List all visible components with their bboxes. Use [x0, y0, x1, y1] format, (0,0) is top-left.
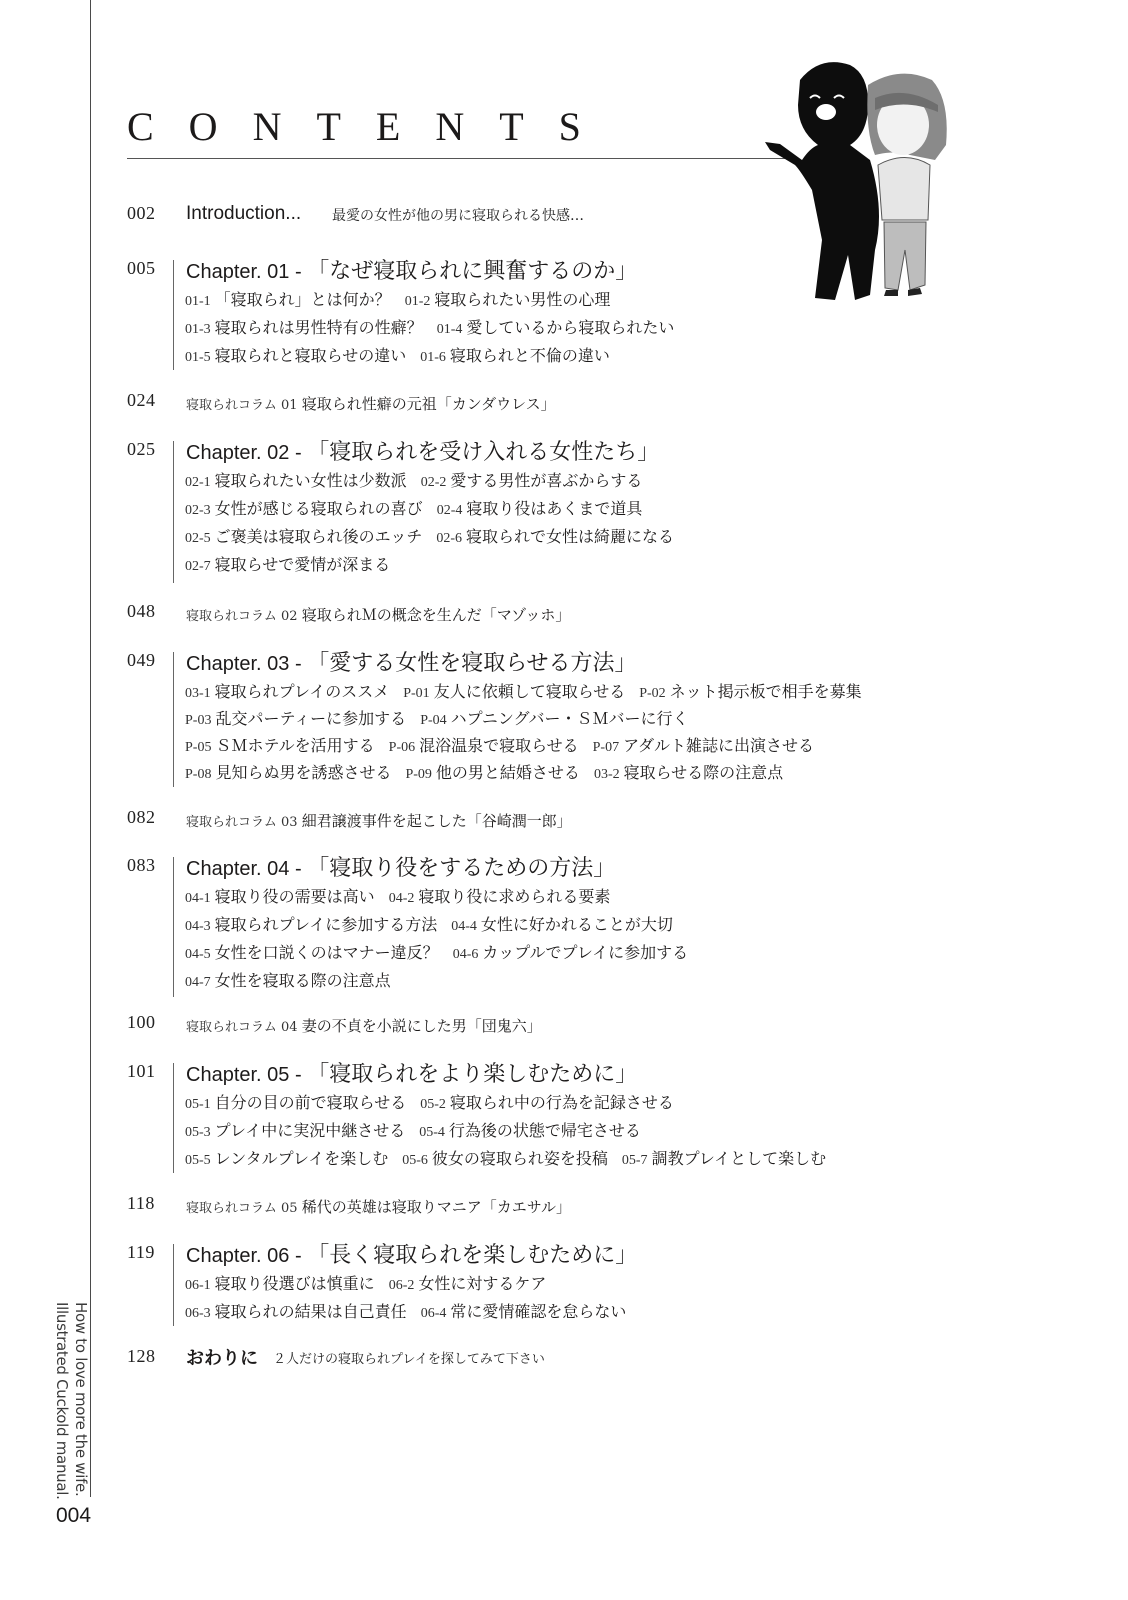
section-item[interactable]: P-02ネット掲示板で相手を募集	[639, 678, 861, 707]
spine-line-2: Illustrated Cuckold manual.	[52, 1302, 71, 1500]
section-item[interactable]: 01-5寝取られと寝取らせの違い	[185, 342, 406, 372]
section-item[interactable]: 05-6彼女の寝取られ姿を投稿	[402, 1145, 608, 1175]
page-ref: 082	[127, 807, 156, 828]
spine-caption: How to love more the wife. Illustrated C…	[50, 1302, 90, 1492]
section-item[interactable]: 05-3プレイ中に実況中継させる	[185, 1117, 405, 1147]
page-number: 004	[56, 1504, 91, 1528]
page-ref: 083	[127, 855, 156, 876]
chapter-bar	[173, 441, 174, 583]
section-item[interactable]: P-06混浴温泉で寝取らせる	[389, 732, 579, 761]
page-ref: 024	[127, 390, 156, 411]
chapter-bar	[173, 652, 174, 787]
section-item[interactable]: 02-3女性が感じる寝取られの喜び	[185, 495, 423, 525]
spine-line-1: How to love more the wife.	[71, 1302, 90, 1500]
page-title: CONTENTS	[127, 103, 616, 150]
page-ref: 100	[127, 1012, 156, 1033]
section-item[interactable]: 02-5ご褒美は寝取られ後のエッチ	[185, 523, 422, 553]
chapter-bar	[173, 260, 174, 370]
intro-label: Introduction...	[186, 203, 301, 225]
page-ref: 119	[127, 1242, 155, 1263]
section-item[interactable]: P-01友人に依頼して寝取らせる	[403, 678, 625, 707]
section-item[interactable]: 05-2寝取られ中の行為を記録させる	[420, 1089, 674, 1119]
section-item[interactable]: 04-5女性を口説くのはマナー違反？	[185, 939, 439, 969]
outro-subtitle: ２人だけの寝取られプレイを探してみて下さい	[273, 1348, 545, 1367]
title-divider	[127, 158, 787, 159]
page-ref: 048	[127, 601, 156, 622]
section-item[interactable]: 05-1自分の目の前で寝取らせる	[185, 1089, 406, 1119]
outro-label: おわりに	[186, 1344, 258, 1370]
chapter-heading: Chapter. 04 - 「寝取り役をするための方法」	[186, 851, 615, 882]
section-item[interactable]: 04-7女性を寝取る際の注意点	[185, 967, 391, 997]
chapter-heading: Chapter. 01 - 「なぜ寝取られに興奮するのか」	[186, 254, 637, 285]
chapter-bar	[173, 1063, 174, 1173]
section-item[interactable]: 01-2寝取られたい男性の心理	[405, 286, 611, 316]
section-item[interactable]: 03-1寝取られプレイのススメ	[185, 678, 389, 707]
page-ref: 025	[127, 439, 156, 460]
section-item[interactable]: 03-2寝取らせる際の注意点	[594, 759, 783, 788]
chapter-heading: Chapter. 05 - 「寝取られをより楽しむために」	[186, 1057, 637, 1088]
section-item[interactable]: 06-3寝取られの結果は自己責任	[185, 1298, 407, 1328]
chapter-heading: Chapter. 03 - 「愛する女性を寝取らせる方法」	[186, 646, 637, 677]
section-item[interactable]: 02-4寝取り役はあくまで道具	[437, 495, 643, 525]
section-item[interactable]: 04-6カップルでプレイに参加する	[453, 939, 688, 969]
section-item[interactable]: 05-7調教プレイとして楽しむ	[622, 1145, 826, 1175]
couple-illustration-icon	[760, 50, 960, 310]
section-item[interactable]: 01-3寝取られは男性特有の性癖？	[185, 314, 423, 344]
section-item[interactable]: 01-6寝取られと不倫の違い	[420, 342, 610, 372]
section-item[interactable]: P-08見知らぬ男を誘惑させる	[185, 759, 391, 788]
chapter-heading: Chapter. 06 - 「長く寝取られを楽しむために」	[186, 1238, 637, 1269]
section-item[interactable]: 06-2女性に対するケア	[389, 1270, 547, 1300]
section-item[interactable]: 05-5レンタルプレイを楽しむ	[185, 1145, 388, 1175]
section-item[interactable]: 02-2愛する男性が喜ぶからする	[421, 467, 643, 497]
section-item[interactable]: 02-1寝取られたい女性は少数派	[185, 467, 407, 497]
section-item[interactable]: P-03乱交パーティーに参加する	[185, 705, 406, 734]
chapter-bar	[173, 1244, 174, 1326]
section-item[interactable]: 01-4愛しているから寝取られたい	[437, 314, 675, 344]
section-item[interactable]: 04-2寝取り役に求められる要素	[389, 883, 611, 913]
section-item[interactable]: 04-4女性に好かれることが大切	[451, 911, 673, 941]
section-item[interactable]: 04-3寝取られプレイに参加する方法	[185, 911, 437, 941]
section-item[interactable]: 06-4常に愛情確認を怠らない	[421, 1298, 627, 1328]
page-ref: 002	[127, 203, 156, 224]
section-item[interactable]: 02-6寝取られで女性は綺麗になる	[436, 523, 674, 553]
page-ref: 005	[127, 258, 156, 279]
page-ref: 118	[127, 1193, 155, 1214]
section-item[interactable]: P-07アダルト雑誌に出演させる	[593, 732, 814, 761]
intro-subtitle: 最愛の女性が他の男に寝取られる快感…	[332, 205, 584, 225]
section-item[interactable]: 01-1「寝取られ」とは何か？	[185, 286, 391, 316]
section-item[interactable]: 02-7寝取らせで愛情が深まる	[185, 551, 390, 581]
section-item[interactable]: 05-4行為後の状態で帰宅させる	[419, 1117, 641, 1147]
page-ref: 101	[127, 1061, 156, 1082]
section-item[interactable]: P-05ＳＭホテルを活用する	[185, 732, 375, 761]
section-item[interactable]: P-09他の男と結婚させる	[405, 759, 579, 788]
page-margin-rule	[90, 0, 91, 1497]
section-item[interactable]: 06-1寝取り役選びは慎重に	[185, 1270, 375, 1300]
section-item[interactable]: P-04ハプニングバー・ＳＭバーに行く	[420, 705, 688, 734]
section-item[interactable]: 04-1寝取り役の需要は高い	[185, 883, 375, 913]
chapter-heading: Chapter. 02 - 「寝取られを受け入れる女性たち」	[186, 435, 659, 466]
page-ref: 049	[127, 650, 156, 671]
chapter-bar	[173, 857, 174, 997]
page-ref: 128	[127, 1346, 156, 1367]
